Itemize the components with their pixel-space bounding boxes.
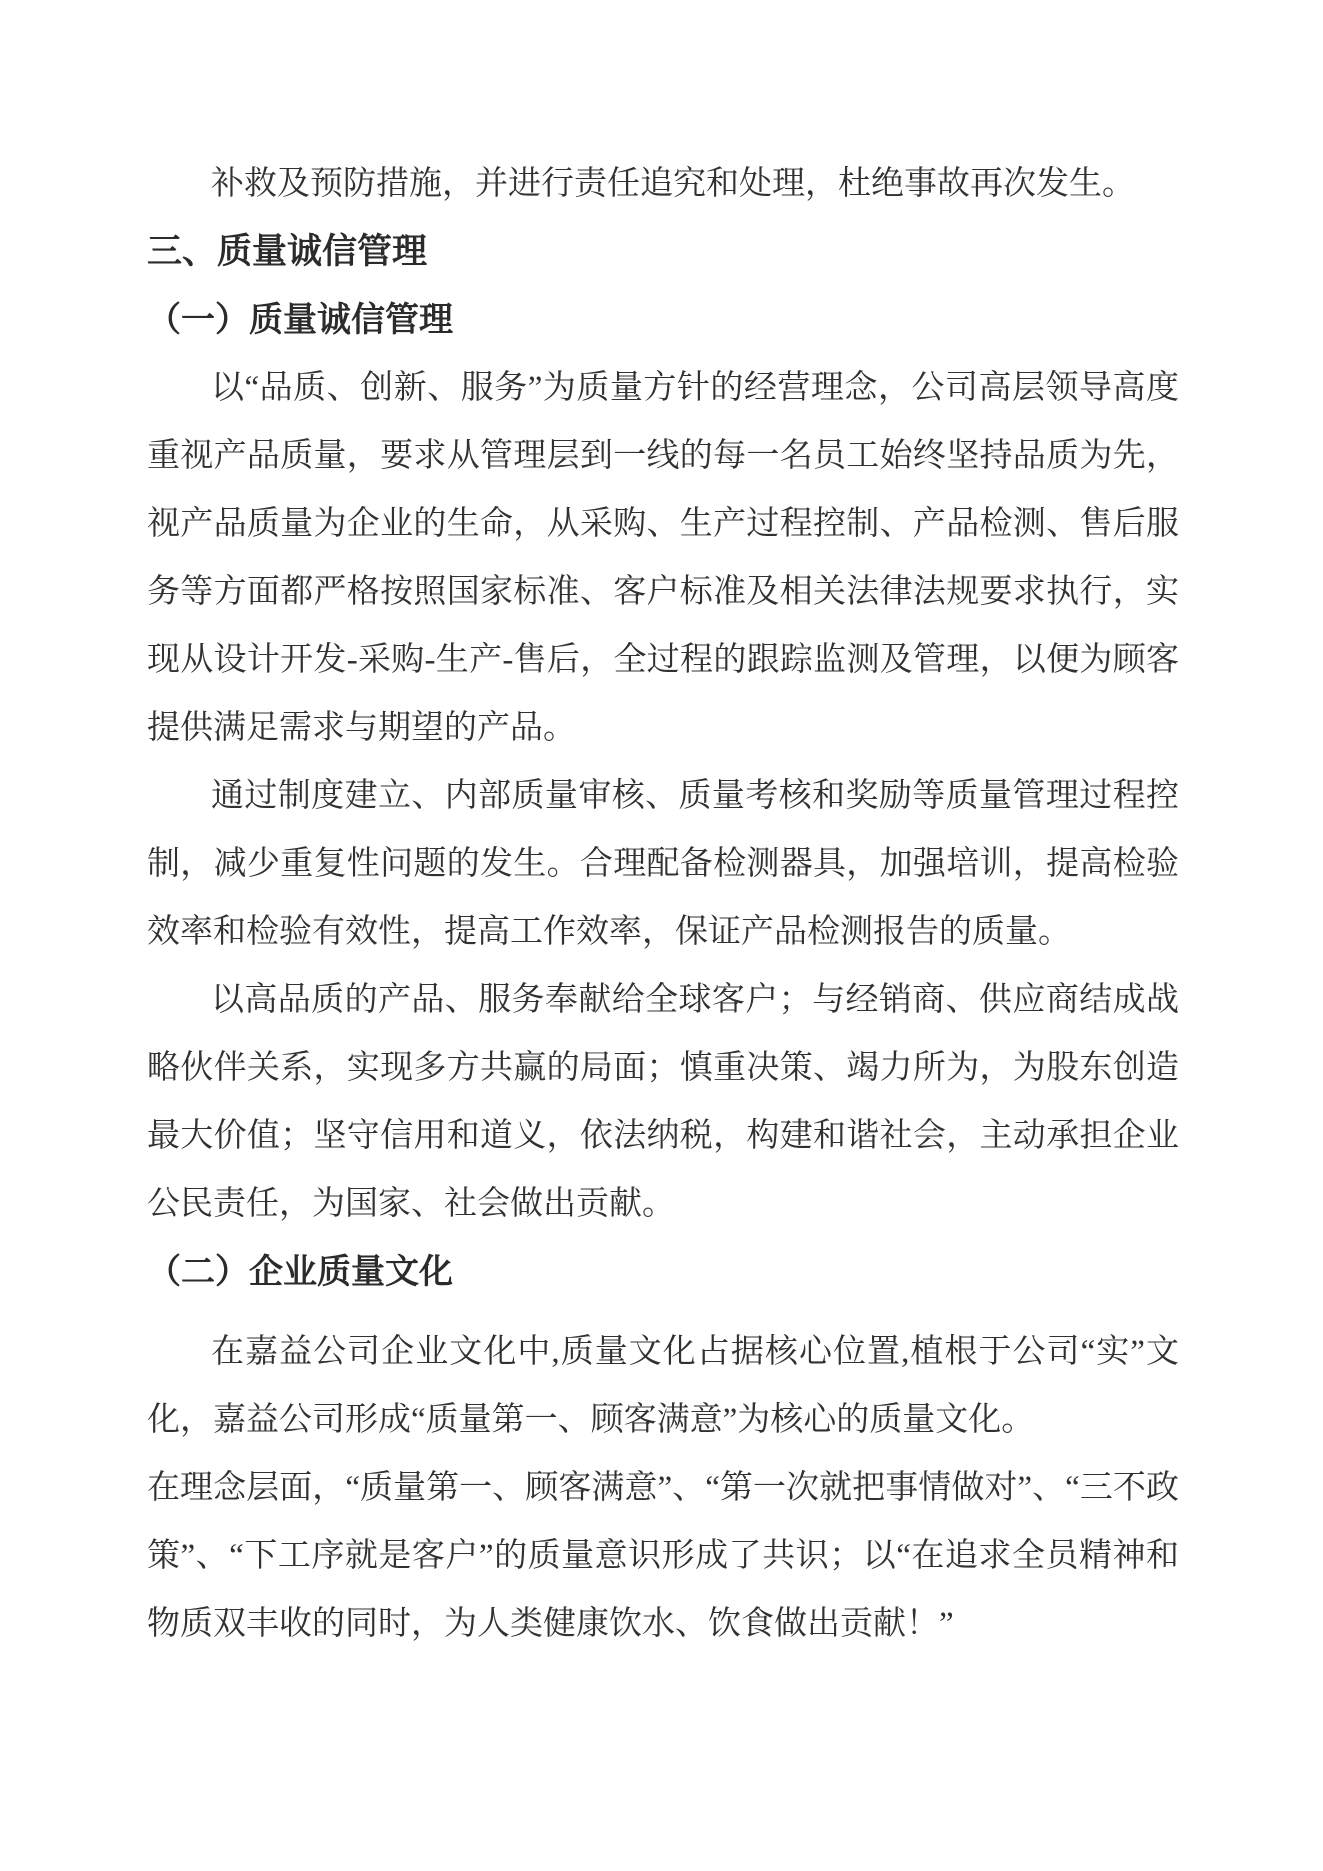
paragraph-corporate-values: 以高品质的产品、服务奉献给全球客户；与经销商、供应商结成战略伙伴关系，实现多方共…	[147, 966, 1179, 1238]
paragraph-quality-culture-core: 在嘉益公司企业文化中,质量文化占据核心位置,植根于公司“实”文化，嘉益公司形成“…	[147, 1318, 1179, 1454]
document-content: 补救及预防措施，并进行责任追究和处理，杜绝事故再次发生。 三、质量诚信管理 （一…	[147, 150, 1179, 1658]
paragraph-process-control: 通过制度建立、内部质量审核、质量考核和奖励等质量管理过程控制，减少重复性问题的发…	[147, 762, 1179, 966]
section-heading-quality-integrity-management: 三、质量诚信管理	[147, 218, 1179, 286]
paragraph-concept-level: 在理念层面，“质量第一、顾客满意”、“第一次就把事情做对”、“三不政策”、“下工…	[147, 1454, 1179, 1658]
paragraph-quality-policy: 以“品质、创新、服务”为质量方针的经营理念，公司高层领导高度重视产品质量，要求从…	[147, 354, 1179, 762]
subsection-heading-enterprise-quality-culture: （二）企业质量文化	[147, 1238, 1179, 1306]
document-page: 补救及预防措施，并进行责任追究和处理，杜绝事故再次发生。 三、质量诚信管理 （一…	[0, 0, 1323, 1871]
subsection-heading-quality-integrity: （一）质量诚信管理	[147, 286, 1179, 354]
paragraph-remedial-measures: 补救及预防措施，并进行责任追究和处理，杜绝事故再次发生。	[147, 150, 1179, 218]
